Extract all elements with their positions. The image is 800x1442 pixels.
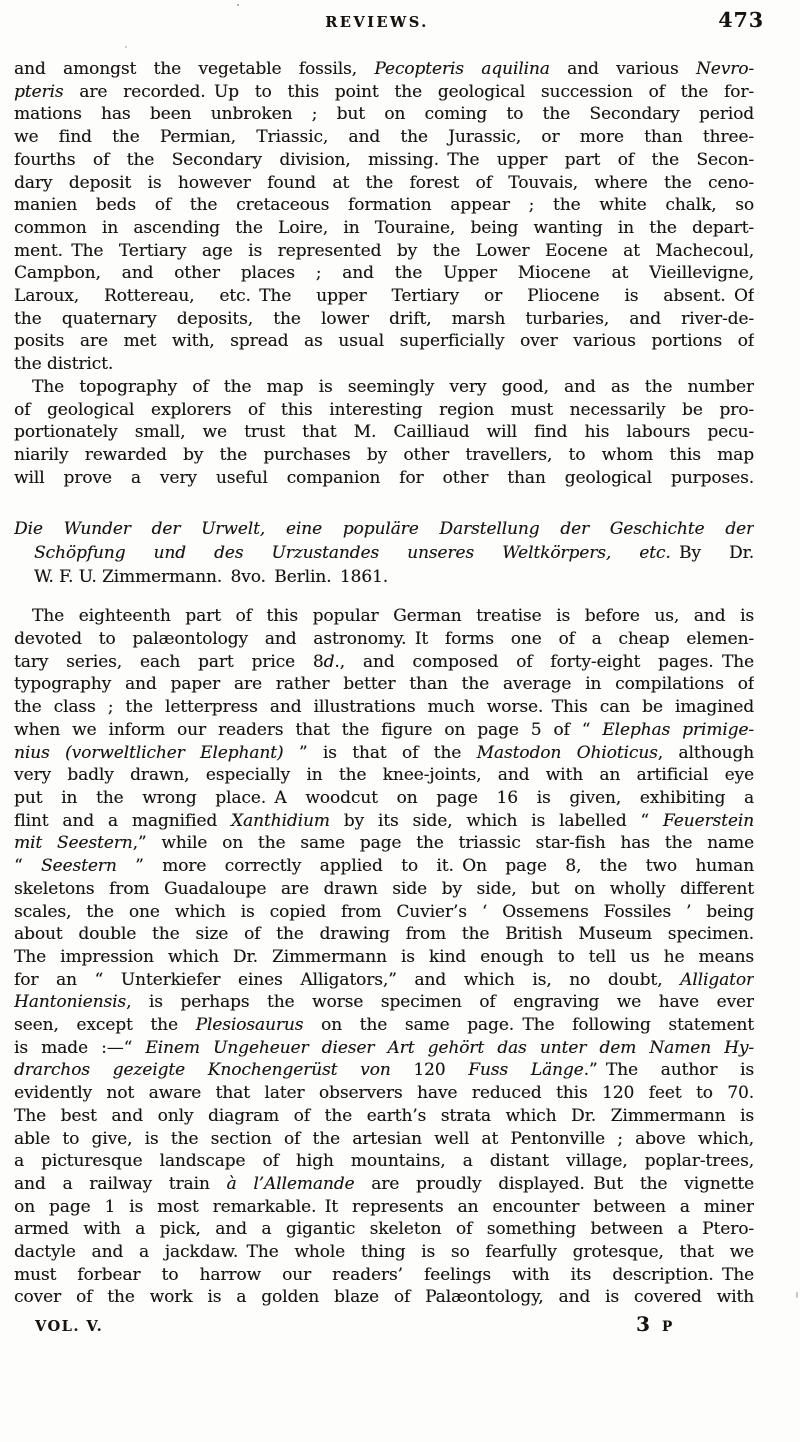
text-run: The eighteenth part of this popular Germ… [32,606,754,626]
text-line: mit Seestern,” while on the same page th… [14,832,754,855]
text-line: mations has been unbroken ; but on comin… [14,103,754,126]
text-line: “ Seestern ” more correctly applied to i… [14,855,754,878]
text-line: put in the wrong place. A woodcut on pag… [14,787,754,810]
text-line: evidently not aware that later observers… [14,1082,754,1105]
italic-text-run: Schöpfung und des Urzustandes unseres We… [34,543,671,563]
page-footer: VOL. V. 3 P [14,1316,754,1342]
text-line: tary series, each part price 8d., and co… [14,651,754,674]
text-run: portionately small, we trust that M. Cai… [14,422,754,442]
signature-letter: P [662,1319,673,1335]
text-line: we find the Permian, Triassic, and the J… [14,126,754,149]
italic-text-run: drarchos gezeigte Knochengerüst von [14,1060,391,1080]
italic-text-run: Seestern [41,856,117,876]
text-run: devoted to palæontology and astronomy. I… [14,629,754,649]
text-run: put in the wrong place. A woodcut on pag… [14,788,754,808]
text-run: manien beds of the cretaceous formation … [14,195,754,215]
text-line: must forbear to harrow our readers’ feel… [14,1264,754,1287]
paragraph-topography: The topography of the map is seemingly v… [14,376,754,490]
text-run: ” more correctly applied to it. On page … [117,856,754,876]
text-line: ment. The Tertiary age is represented by… [14,240,754,263]
text-run: Laroux, Rottereau, etc. The upper Tertia… [14,286,754,306]
page-body: and amongst the vegetable fossils, Pecop… [14,58,754,1309]
text-line: and a railway train à l’Allemande are pr… [14,1173,754,1196]
text-run: evidently not aware that later observers… [14,1083,754,1103]
text-run: ment. The Tertiary age is represented by… [14,241,754,261]
text-line: manien beds of the cretaceous formation … [14,194,754,217]
text-run: cover of the work is a golden blaze of P… [14,1287,754,1307]
italic-text-run: Elephas primige- [602,720,754,740]
text-run: The best and only diagram of the earth’s… [14,1106,754,1126]
italic-text-run: Mastodon Ohioticus [477,743,658,763]
text-run: niarily rewarded by the purchases by oth… [14,445,754,465]
text-run: when we inform our readers that the figu… [14,720,602,740]
text-line: niarily rewarded by the purchases by oth… [14,444,754,467]
text-run: by its side, which is labelled “ [330,811,663,831]
italic-text-run: Pecopteris aquilina [374,59,549,79]
text-run: and amongst the vegetable fossils, [14,59,374,79]
text-run: 120 [391,1060,469,1080]
text-run: By Dr. [671,543,754,563]
text-line: Schöpfung und des Urzustandes unseres We… [14,541,754,565]
italic-text-run: Fuss Länge [468,1060,583,1080]
text-line: armed with a pick, and a gigantic skelet… [14,1218,754,1241]
italic-text-run: pteris [14,82,63,102]
text-run: able to give, is the section of the arte… [14,1129,754,1149]
text-line: posits are met with, spread as usual sup… [14,330,754,353]
text-blocks: and amongst the vegetable fossils, Pecop… [14,58,754,1309]
italic-text-run: Plesiosaurus [196,1015,304,1035]
text-line: The impression which Dr. Zimmermann is k… [14,946,754,969]
text-run: The topography of the map is seemingly v… [32,377,754,397]
italic-text-run: Einem Ungeheuer dieser Art gehört das un… [145,1038,754,1058]
text-run: , is perhaps the worse specimen of engra… [126,992,754,1012]
text-run: are proudly displayed. But the vignette [354,1174,754,1194]
text-line: scales, the one which is copied from Cuv… [14,901,754,924]
text-line: W. F. U. Zimmermann. 8vo. Berlin. 1861. [14,565,754,589]
signature-number: 3 [636,1312,650,1336]
text-line: devoted to palæontology and astronomy. I… [14,628,754,651]
text-run: about double the size of the drawing fro… [14,924,754,944]
text-run: dary deposit is however found at the for… [14,173,754,193]
text-run: of geological explorers of this interest… [14,400,754,420]
text-run: the district. [14,354,113,374]
text-line: dary deposit is however found at the for… [14,172,754,195]
text-run: the quaternary deposits, the lower drift… [14,309,754,329]
italic-text-run: Xanthidium [231,811,330,831]
text-run: skeletons from Guadaloupe are drawn side… [14,879,754,899]
text-line: The eighteenth part of this popular Germ… [14,605,754,628]
text-line: a picturesque landscape of high mountain… [14,1150,754,1173]
text-run: ” is that of the [283,743,476,763]
text-line: will prove a very useful companion for o… [14,467,754,490]
text-run: “ [14,856,41,876]
text-line: The topography of the map is seemingly v… [14,376,754,399]
text-line: skeletons from Guadaloupe are drawn side… [14,878,754,901]
text-run: typography and paper are rather better t… [14,674,754,694]
text-line: Die Wunder der Urwelt, eine populäre Dar… [14,517,754,541]
italic-text-run: Feuerstein [663,811,754,831]
text-line: when we inform our readers that the figu… [14,719,754,742]
text-run: very badly drawn, especially in the knee… [14,765,754,785]
text-line: typography and paper are rather better t… [14,673,754,696]
text-run: the class ; the letterpress and illustra… [14,697,754,717]
text-line: pteris are recorded. Up to this point th… [14,81,754,104]
volume-label: VOL. V. [35,1318,103,1335]
text-run: flint and a magnified [14,811,231,831]
text-line: the district. [14,353,754,376]
text-line: for an “ Unterkiefer eines Alligators,” … [14,969,754,992]
text-run: seen, except the [14,1015,196,1035]
scanned-journal-page: { "page": { "header": { "title": "REVIEW… [0,0,800,1442]
italic-text-run: d [324,652,335,672]
text-line: Laroux, Rottereau, etc. The upper Tertia… [14,285,754,308]
page-number: 473 [718,8,764,32]
text-run: will prove a very useful companion for o… [14,468,754,488]
text-run: for an “ Unterkiefer eines Alligators,” … [14,970,680,990]
text-line: nius (vorweltlicher Elephant) ” is that … [14,742,754,765]
text-run: .” The author is [584,1060,754,1080]
text-run: tary series, each part price 8 [14,652,324,672]
text-line: very badly drawn, especially in the knee… [14,764,754,787]
text-run: on page 1 is most remarkable. It represe… [14,1197,754,1217]
text-line: on page 1 is most remarkable. It represe… [14,1196,754,1219]
text-line: dactyle and a jackdaw. The whole thing i… [14,1241,754,1264]
text-run: scales, the one which is copied from Cuv… [14,902,754,922]
paragraph-geology-continuation: and amongst the vegetable fossils, Pecop… [14,58,754,376]
text-line: The best and only diagram of the earth’s… [14,1105,754,1128]
text-run: Campbon, and other places ; and the Uppe… [14,263,754,283]
text-line: flint and a magnified Xanthidium by its … [14,810,754,833]
text-run: ., and composed of forty-eight pages. Th… [334,652,754,672]
italic-text-run: à l’Allemande [227,1174,355,1194]
text-run: and a railway train [14,1174,227,1194]
text-line: Campbon, and other places ; and the Uppe… [14,262,754,285]
text-run: dactyle and a jackdaw. The whole thing i… [14,1242,754,1262]
text-run: armed with a pick, and a gigantic skelet… [14,1219,754,1239]
text-run: and various [550,59,696,79]
text-run: a picturesque landscape of high mountain… [14,1151,754,1171]
italic-text-run: Die Wunder der Urwelt, eine populäre Dar… [14,519,754,539]
text-line: seen, except the Plesiosaurus on the sam… [14,1014,754,1037]
text-line: Hantoniensis, is perhaps the worse speci… [14,991,754,1014]
scan-speck [796,1292,798,1298]
text-line: able to give, is the section of the arte… [14,1128,754,1151]
text-run: W. F. U. Zimmermann. 8vo. Berlin. 1861. [34,567,388,587]
text-run: are recorded. Up to this point the geolo… [63,82,754,102]
text-line: is made :—“ Einem Ungeheuer dieser Art g… [14,1037,754,1060]
text-line: about double the size of the drawing fro… [14,923,754,946]
text-run: fourths of the Secondary division, missi… [14,150,754,170]
scan-speck [125,46,127,48]
text-line: portionately small, we trust that M. Cai… [14,421,754,444]
text-line: of geological explorers of this interest… [14,399,754,422]
text-run: posits are met with, spread as usual sup… [14,331,754,351]
text-run: mations has been unbroken ; but on comin… [14,104,754,124]
printers-signature: 3 P [636,1312,673,1336]
running-head: REVIEWS. [14,12,754,31]
text-line: drarchos gezeigte Knochengerüst von 120 … [14,1059,754,1082]
italic-text-run: nius (vorweltlicher Elephant) [14,743,283,763]
paragraph-zimmermann-review: The eighteenth part of this popular Germ… [14,605,754,1309]
text-run: must forbear to harrow our readers’ feel… [14,1265,754,1285]
text-line: common in ascending the Loire, in Tourai… [14,217,754,240]
text-run: The impression which Dr. Zimmermann is k… [14,947,754,967]
text-run: we find the Permian, Triassic, and the J… [14,127,754,147]
book-citation-zimmermann: Die Wunder der Urwelt, eine populäre Dar… [14,517,754,589]
text-line: cover of the work is a golden blaze of P… [14,1286,754,1309]
text-run: common in ascending the Loire, in Tourai… [14,218,754,238]
italic-text-run: mit Seestern [14,833,133,853]
text-line: fourths of the Secondary division, missi… [14,149,754,172]
italic-text-run: Alligator [680,970,754,990]
text-run: on the same page. The following statemen… [303,1015,754,1035]
text-run: is made :—“ [14,1038,145,1058]
italic-text-run: Hantoniensis [14,992,126,1012]
text-line: the class ; the letterpress and illustra… [14,696,754,719]
text-line: the quaternary deposits, the lower drift… [14,308,754,331]
scan-speck [237,4,239,6]
page-title: REVIEWS. [325,14,428,31]
text-run: , although [658,743,754,763]
italic-text-run: Nevro- [696,59,754,79]
text-run: ,” while on the same page the triassic s… [133,833,754,853]
text-line: and amongst the vegetable fossils, Pecop… [14,58,754,81]
